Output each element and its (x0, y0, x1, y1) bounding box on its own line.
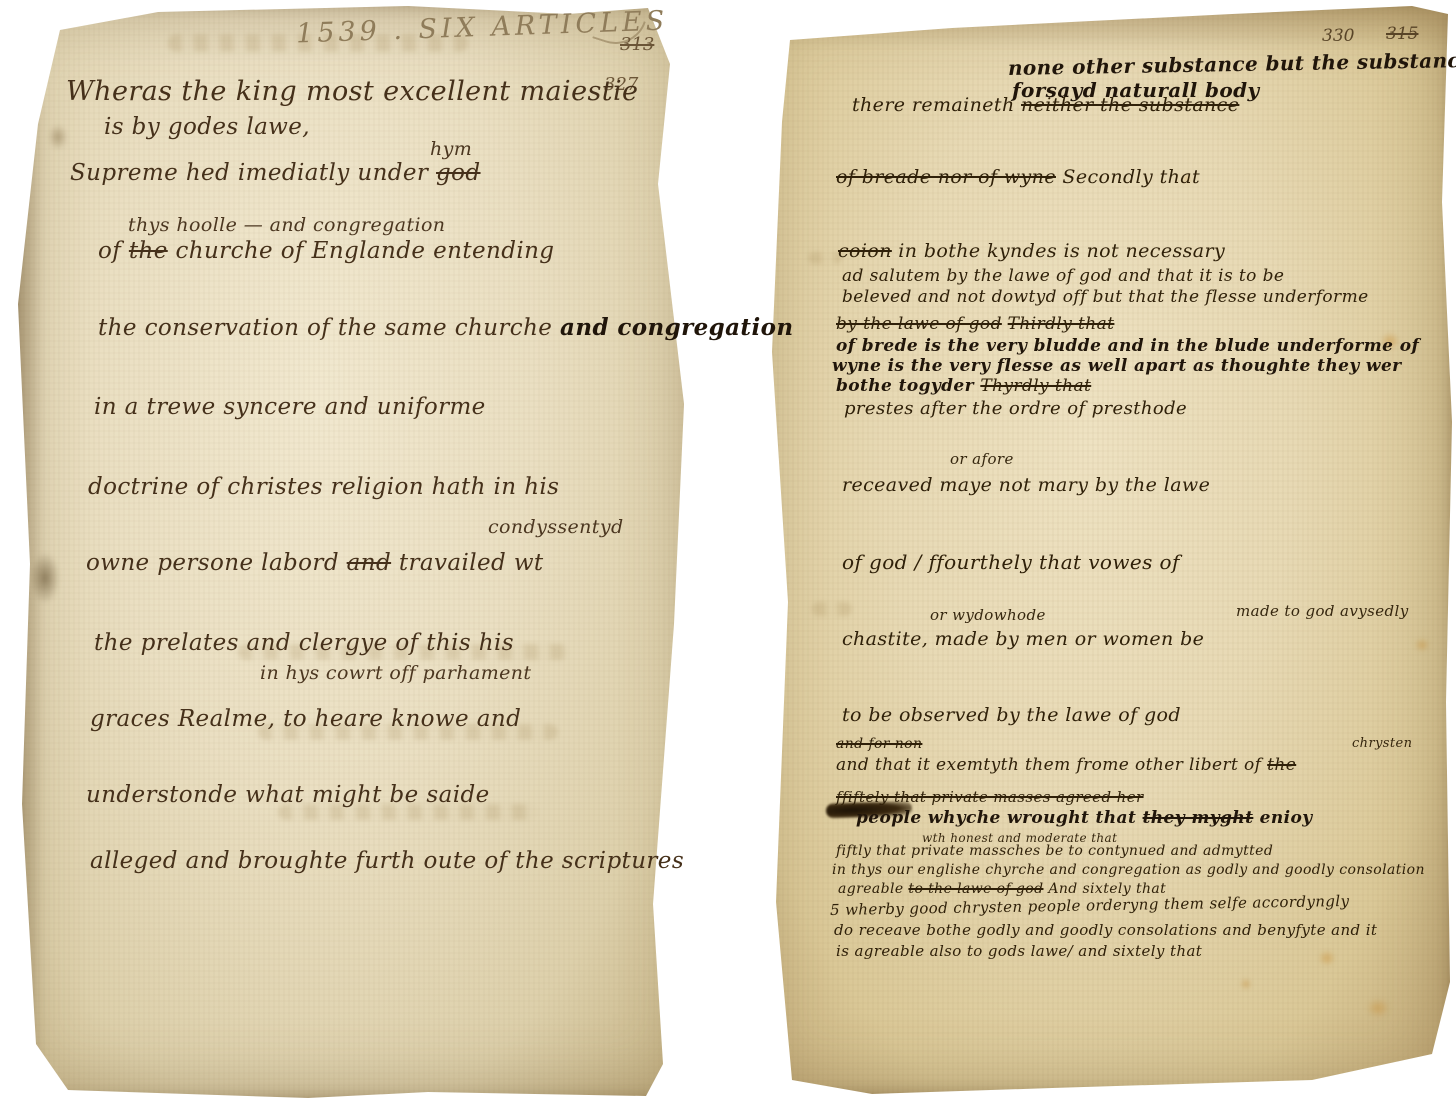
stain (30, 552, 60, 604)
right-folio-number: 330 (1322, 26, 1354, 46)
ink-showthrough (812, 602, 852, 616)
stain (48, 124, 68, 150)
right-page-edge-shading (752, 2, 1452, 1094)
ink-showthrough (258, 724, 558, 740)
foxing-spot (1318, 950, 1336, 966)
ink-showthrough (808, 252, 842, 264)
left-page (8, 4, 696, 1098)
right-cancelled-folio-number: 315 (1386, 24, 1418, 44)
foxing-spot (1182, 174, 1192, 184)
left-cancelled-folio-number: 313 (620, 34, 654, 55)
right-page (752, 2, 1452, 1094)
foxing-spot (1414, 638, 1430, 652)
left-page-edge-shading (8, 4, 696, 1098)
manuscript-scan: 1539 . SIX ARTICLES 313 327 330 315 Wher… (0, 0, 1456, 1098)
left-folio-number: 327 (604, 74, 638, 95)
ink-blot (826, 801, 912, 819)
ink-showthrough (238, 644, 568, 660)
left-page-dark-edge (8, 4, 44, 1098)
foxing-spot (1240, 978, 1252, 990)
foxing-spot (1380, 332, 1400, 350)
foxing-spot (1366, 998, 1390, 1018)
ink-showthrough (278, 804, 538, 820)
